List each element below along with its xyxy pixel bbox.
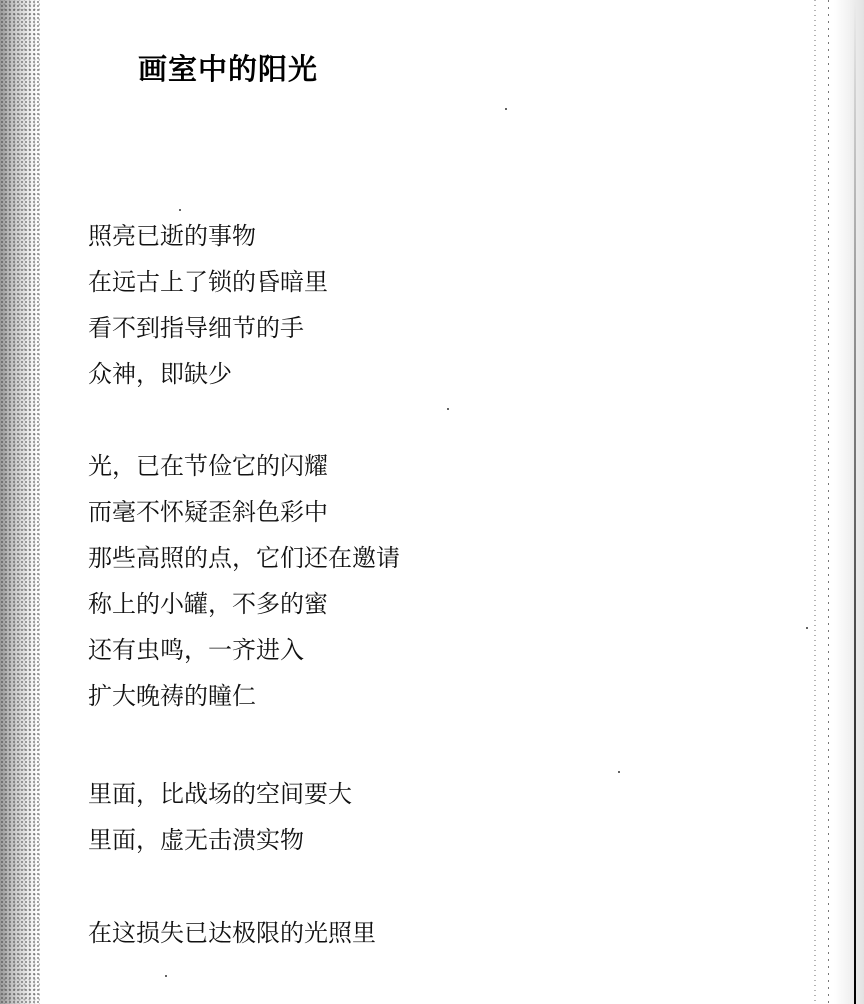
poem-line: 而毫不怀疑歪斜色彩中 bbox=[88, 489, 400, 535]
stanza-3: 里面，比战场的空间要大 里面，虚无击溃实物 bbox=[88, 771, 352, 863]
scanned-book-page: 画室中的阳光 照亮已逝的事物 在远古上了锁的昏暗里 看不到指导细节的手 众神，即… bbox=[0, 0, 864, 1004]
poem-line: 在远古上了锁的昏暗里 bbox=[88, 259, 328, 305]
stanza-4: 在这损失已达极限的光照里 bbox=[88, 910, 376, 956]
poem-line: 在这损失已达极限的光照里 bbox=[88, 910, 376, 956]
poem-line: 称上的小罐，不多的蜜 bbox=[88, 581, 400, 627]
scan-speck bbox=[505, 108, 507, 110]
poem-line: 众神，即缺少 bbox=[88, 351, 328, 397]
scan-speck bbox=[447, 408, 449, 410]
page-binding-shadow-left bbox=[0, 0, 40, 1004]
poem-line: 还有虫鸣，一齐进入 bbox=[88, 627, 400, 673]
stanza-1: 照亮已逝的事物 在远古上了锁的昏暗里 看不到指导细节的手 众神，即缺少 bbox=[88, 213, 328, 397]
poem-line: 扩大晚祷的瞳仁 bbox=[88, 673, 400, 719]
stanza-2: 光，已在节俭它的闪耀 而毫不怀疑歪斜色彩中 那些高照的点，它们还在邀请 称上的小… bbox=[88, 443, 400, 719]
poem-line: 里面，比战场的空间要大 bbox=[88, 771, 352, 817]
scan-speck bbox=[179, 209, 181, 211]
scan-speck bbox=[618, 771, 620, 773]
poem-line: 那些高照的点，它们还在邀请 bbox=[88, 535, 400, 581]
page-edge-right bbox=[814, 0, 864, 1004]
scan-speck bbox=[165, 975, 167, 977]
poem-line: 照亮已逝的事物 bbox=[88, 213, 328, 259]
scan-speck bbox=[806, 627, 808, 629]
poem-line: 里面，虚无击溃实物 bbox=[88, 817, 352, 863]
poem-line: 看不到指导细节的手 bbox=[88, 305, 328, 351]
poem-title: 画室中的阳光 bbox=[138, 47, 318, 88]
poem-line: 光，已在节俭它的闪耀 bbox=[88, 443, 400, 489]
